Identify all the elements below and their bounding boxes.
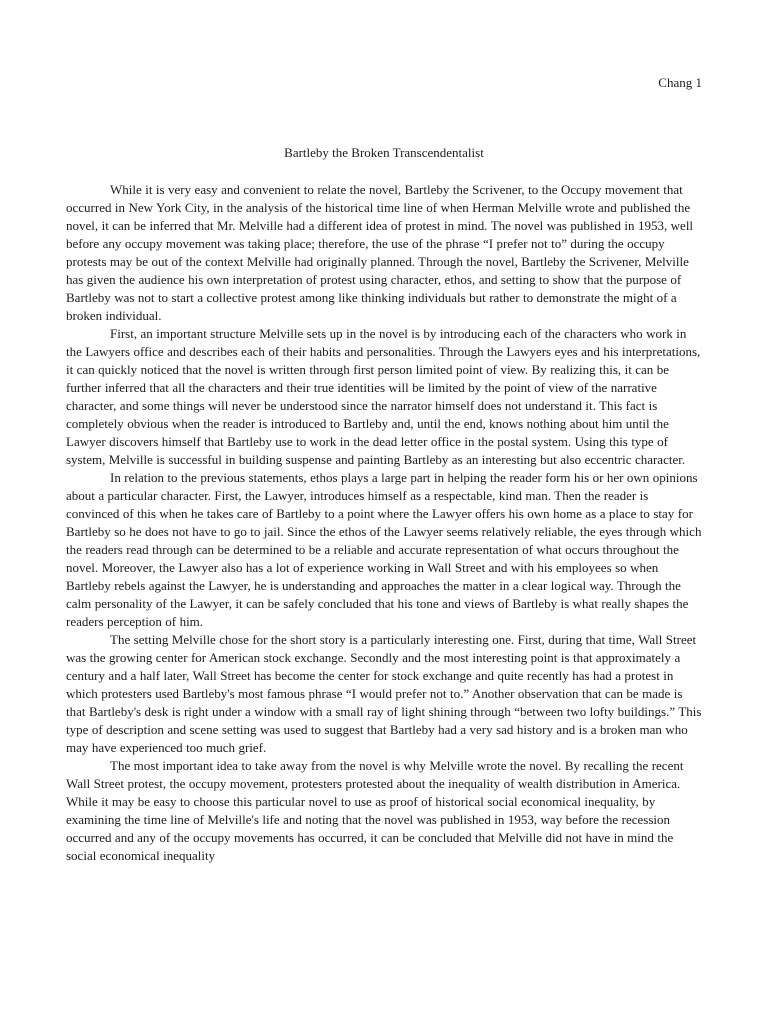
paragraph-3: In relation to the previous statements, … — [66, 469, 702, 631]
paragraph-2: First, an important structure Melville s… — [66, 325, 702, 469]
document-page: Chang 1 Bartleby the Broken Transcendent… — [0, 0, 768, 1024]
paragraph-1: While it is very easy and convenient to … — [66, 181, 702, 325]
paragraph-4: The setting Melville chose for the short… — [66, 631, 702, 757]
paragraph-5: The most important idea to take away fro… — [66, 757, 702, 865]
page-header-author-page-number: Chang 1 — [66, 74, 702, 92]
essay-body: While it is very easy and convenient to … — [66, 181, 702, 865]
essay-title: Bartleby the Broken Transcendentalist — [66, 144, 702, 162]
